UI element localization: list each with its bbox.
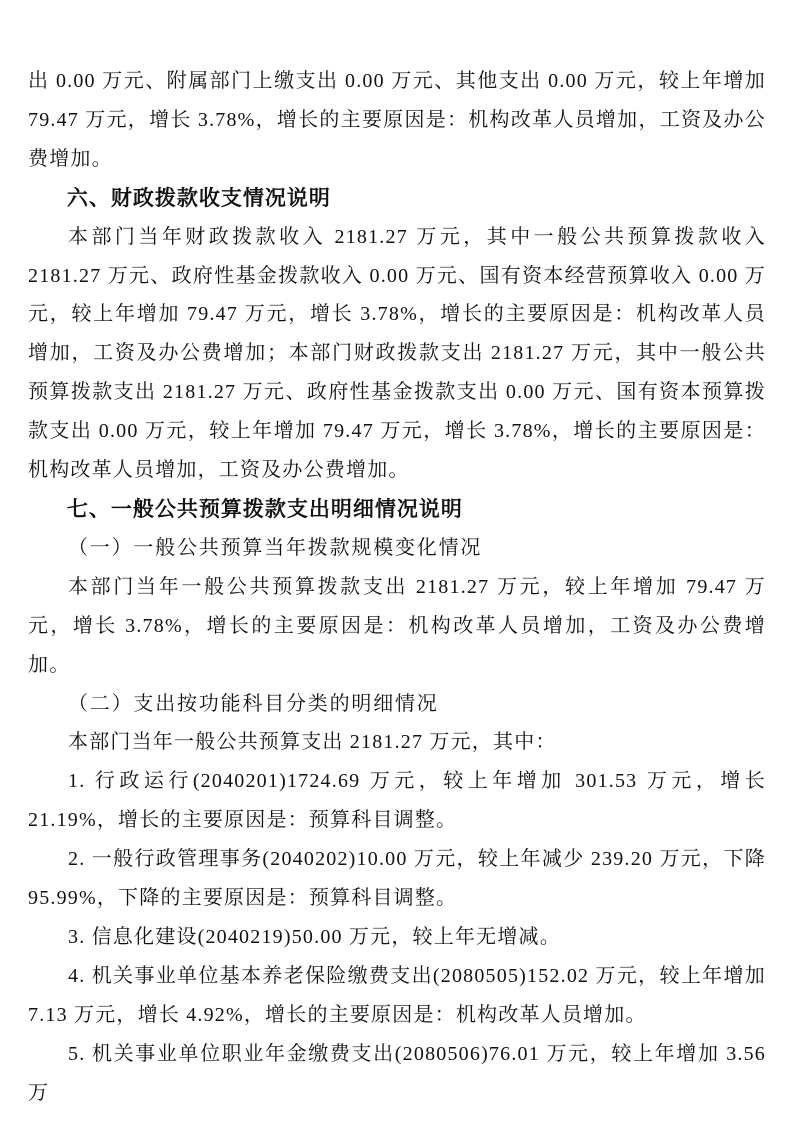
paragraph-scale-change-detail: 本部门当年一般公共预算拨款支出 2181.27 万元，较上年增加 79.47 万… bbox=[28, 568, 766, 685]
list-item-1-administrative-operation: 1. 行政运行(2040201)1724.69 万元，较上年增加 301.53 … bbox=[28, 762, 766, 840]
list-item-4-basic-pension-contribution: 4. 机关事业单位基本养老保险缴费支出(2080505)152.02 万元，较上… bbox=[28, 957, 766, 1035]
paragraph-continued-from-previous-page: 出 0.00 万元、附属部门上缴支出 0.00 万元、其他支出 0.00 万元，… bbox=[28, 62, 766, 179]
paragraph-fiscal-appropriation-detail: 本部门当年财政拨款收入 2181.27 万元，其中一般公共预算拨款收入 2181… bbox=[28, 218, 766, 490]
document-content: 出 0.00 万元、附属部门上缴支出 0.00 万元、其他支出 0.00 万元，… bbox=[28, 62, 766, 1112]
list-item-5-occupational-annuity-contribution: 5. 机关事业单位职业年金缴费支出(2080506)76.01 万元，较上年增加… bbox=[28, 1035, 766, 1113]
paragraph-budget-total-intro: 本部门当年一般公共预算支出 2181.27 万元，其中： bbox=[28, 723, 766, 762]
subsection-heading-1-scale-change: （一）一般公共预算当年拨款规模变化情况 bbox=[28, 529, 766, 568]
list-item-3-informatization-construction: 3. 信息化建设(2040219)50.00 万元，较上年无增减。 bbox=[28, 918, 766, 957]
document-page: 出 0.00 万元、附属部门上缴支出 0.00 万元、其他支出 0.00 万元，… bbox=[0, 0, 793, 1122]
section-heading-6-fiscal-appropriation: 六、财政拨款收支情况说明 bbox=[28, 179, 766, 218]
subsection-heading-2-functional-classification: （二）支出按功能科目分类的明细情况 bbox=[28, 685, 766, 724]
section-heading-7-public-budget-expenditure: 七、一般公共预算拨款支出明细情况说明 bbox=[28, 490, 766, 529]
list-item-2-general-administrative-affairs: 2. 一般行政管理事务(2040202)10.00 万元，较上年减少 239.2… bbox=[28, 840, 766, 918]
